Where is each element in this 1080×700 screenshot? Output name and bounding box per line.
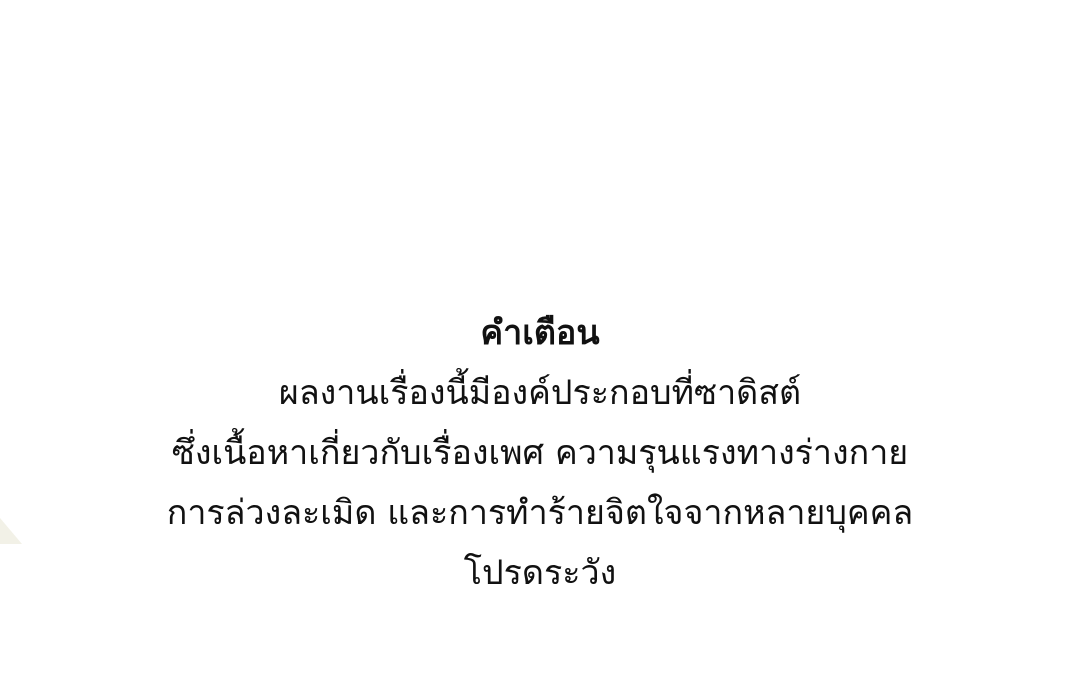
warning-line-caution: โปรดระวัง xyxy=(0,543,1080,603)
content-warning-page: คำเตือน ผลงานเรื่องนี้มีองค์ประกอบที่ซาด… xyxy=(0,0,1080,700)
warning-line-abuse: การล่วงละเมิด และการทำร้ายจิตใจจากหลายบุ… xyxy=(0,483,1080,543)
warning-line-sadistic-elements: ผลงานเรื่องนี้มีองค์ประกอบที่ซาดิสต์ xyxy=(0,363,1080,423)
content-warning-notice: คำเตือน ผลงานเรื่องนี้มีองค์ประกอบที่ซาด… xyxy=(0,303,1080,603)
warning-line-sexual-violence: ซึ่งเนื้อหาเกี่ยวกับเรื่องเพศ ความรุนแรง… xyxy=(0,423,1080,483)
warning-title: คำเตือน xyxy=(0,303,1080,363)
